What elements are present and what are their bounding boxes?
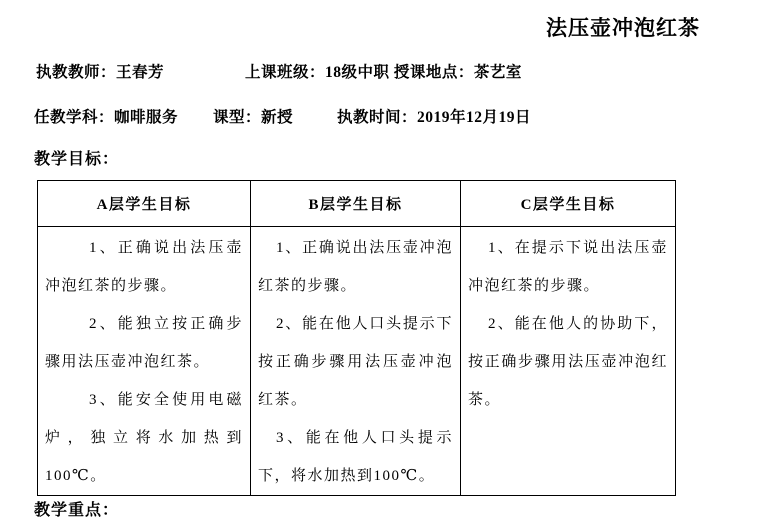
objectives-cell-level-b: 1、正确说出法压壶冲泡红茶的步骤。 2、能在他人口头提示下按正确步骤用法压壶冲泡… [251,227,461,496]
objective-paragraph: 2、能独立按正确步骤用法压壶冲泡红茶。 [45,305,243,381]
objective-paragraph: 3、能在他人口头提示下，将水加热到100℃。 [258,419,453,495]
objectives-cell-level-c: 1、在提示下说出法压壶冲泡红茶的步骤。 2、能在他人的协助下，按正确步骤用法压壶… [461,227,676,496]
objective-paragraph: 2、能在他人口头提示下按正确步骤用法压壶冲泡红茶。 [258,305,453,419]
objectives-heading: 教学目标： [34,146,119,169]
keypoints-heading: 教学重点： [34,497,119,520]
teacher-field: 执教教师：王春芳 [36,60,164,82]
table-header-level-c: C层学生目标 [461,181,676,227]
objectives-cell-level-a: 1、正确说出法压壶冲泡红茶的步骤。 2、能独立按正确步骤用法压壶冲泡红茶。 3、… [38,227,251,496]
objective-paragraph: 2、能在他人的协助下，按正确步骤用法压壶冲泡红茶。 [468,305,668,419]
table-header-level-a: A层学生目标 [38,181,251,227]
table-header-level-b: B层学生目标 [251,181,461,227]
objective-paragraph: 1、在提示下说出法压壶冲泡红茶的步骤。 [468,229,668,305]
document-title: 法压壶冲泡红茶 [0,12,700,42]
info-line-2: 任教学科：咖啡服务 课型：新授 执教时间：2019年12月19日 [0,105,782,127]
objectives-table: A层学生目标 B层学生目标 C层学生目标 1、正确说出法压壶冲泡红茶的步骤。 2… [37,180,676,496]
class-and-location-field: 上课班级：18级中职 授课地点：茶艺室 [245,60,522,82]
objective-paragraph: 3、能安全使用电磁炉，独立将水加热到100℃。 [45,381,243,495]
subject-field: 任教学科：咖啡服务 [34,105,178,127]
objective-paragraph: 1、正确说出法压壶冲泡红茶的步骤。 [258,229,453,305]
course-type-field: 课型：新授 [213,105,293,127]
teach-time-field: 执教时间：2019年12月19日 [337,105,531,127]
objective-paragraph: 1、正确说出法压壶冲泡红茶的步骤。 [45,229,243,305]
info-line-1: 执教教师：王春芳 上课班级：18级中职 授课地点：茶艺室 [0,60,782,82]
document-page: 法压壶冲泡红茶 执教教师：王春芳 上课班级：18级中职 授课地点：茶艺室 任教学… [0,0,782,525]
table-body-row: 1、正确说出法压壶冲泡红茶的步骤。 2、能独立按正确步骤用法压壶冲泡红茶。 3、… [38,227,676,496]
table-header-row: A层学生目标 B层学生目标 C层学生目标 [38,181,676,227]
